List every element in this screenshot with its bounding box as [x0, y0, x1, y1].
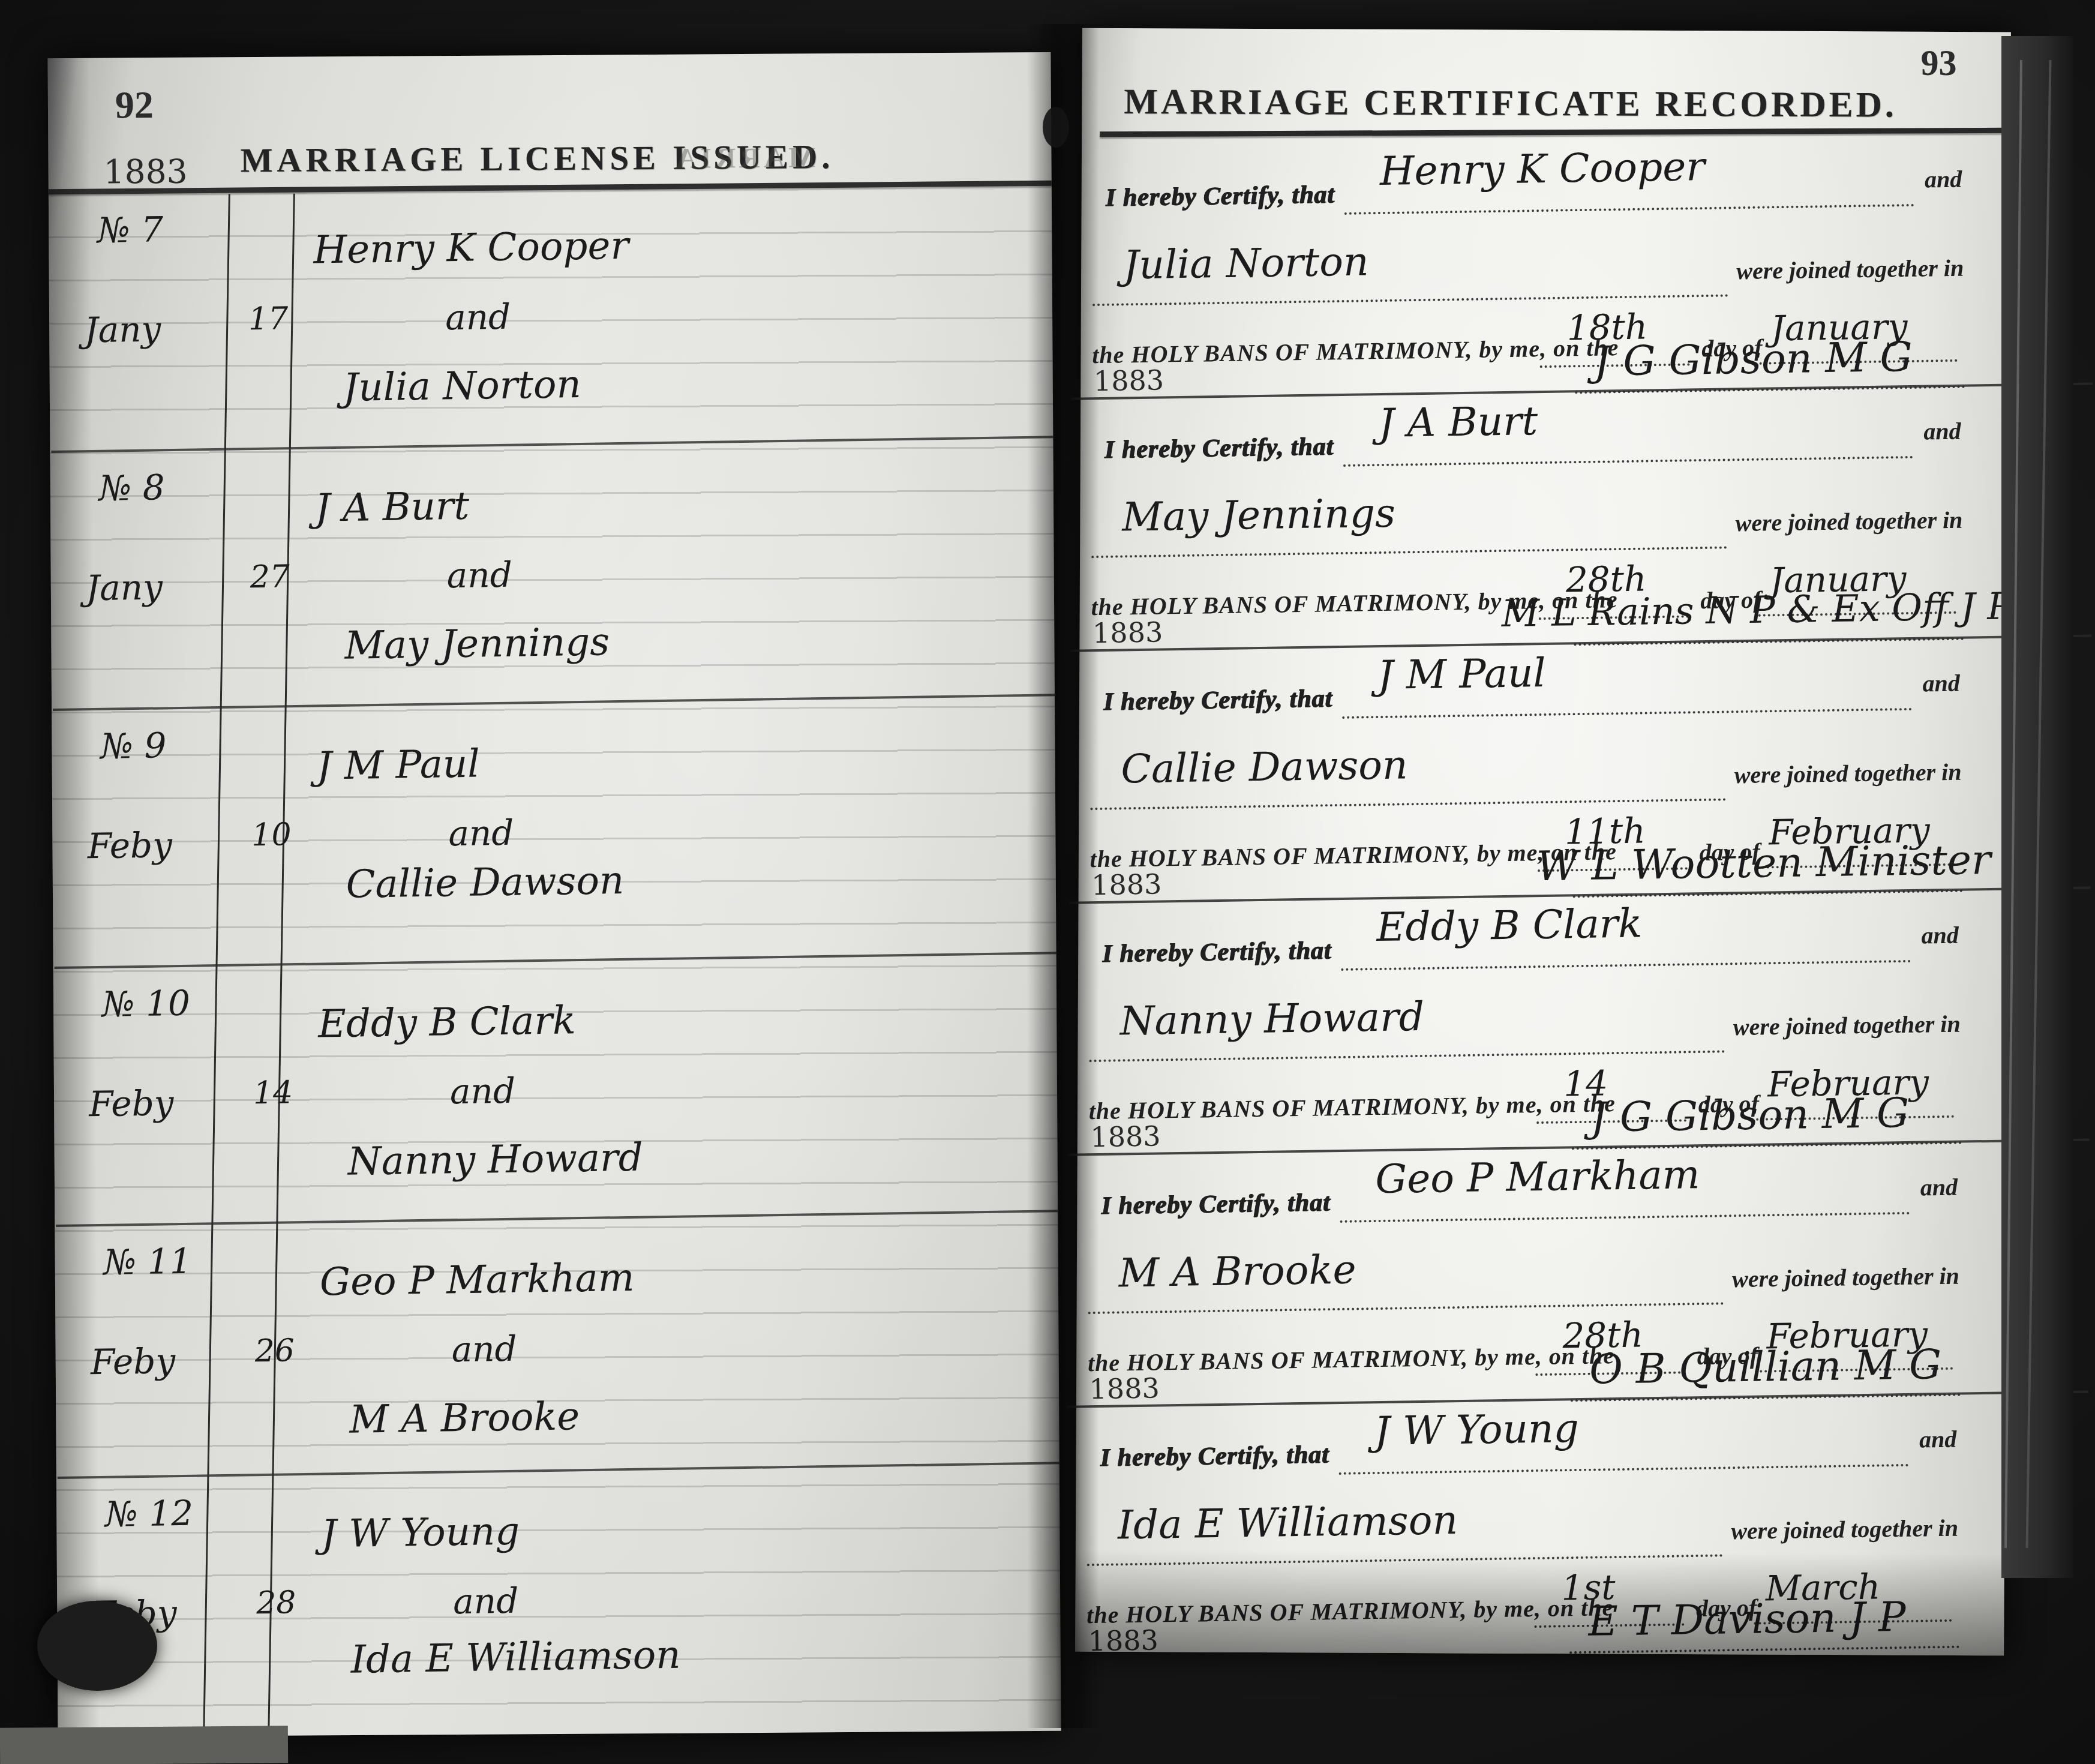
under-page-edge: [0, 1726, 288, 1764]
certificate: I hereby Certify, that J M Paul and Call…: [1077, 638, 2010, 904]
groom-name: J W Young: [321, 1510, 520, 1557]
form-and-text: and: [1921, 921, 1959, 950]
groom-name: Henry K Cooper: [313, 224, 629, 273]
marriage-year: 1883: [1089, 1372, 1160, 1405]
left-page-number: 92: [115, 83, 154, 127]
conjunction: and: [445, 296, 511, 338]
entry-day: 10: [251, 817, 292, 853]
marriage-year: 1883: [1090, 1120, 1161, 1153]
bride-name: Julia Norton: [343, 362, 581, 410]
bride-name: Callie Dawson: [1121, 742, 1408, 792]
certificate-entries: I hereby Certify, that Henry K Cooper an…: [1075, 137, 2010, 1654]
dotted-line: [1088, 1301, 1724, 1314]
conjunction: and: [451, 1328, 517, 1370]
conjunction: and: [453, 1580, 519, 1622]
entry-number: № 11: [103, 1241, 192, 1283]
marriage-year: 1883: [1092, 616, 1163, 649]
license-entry: № 12 Feby 28 J W Young and Ida E William…: [55, 1464, 1062, 1737]
form-joined-text: were joined together in: [1733, 1010, 1961, 1042]
entry-month: Feby: [87, 824, 172, 866]
form-certify-text: I hereby Certify, that: [1102, 936, 1332, 968]
conjunction: and: [446, 554, 512, 596]
bride-name: Julia Norton: [1123, 238, 1369, 288]
bride-name: Nanny Howard: [347, 1136, 643, 1184]
certificate: I hereby Certify, that J W Young and Ida…: [1074, 1394, 2006, 1660]
groom-name: J A Burt: [314, 484, 469, 531]
marriage-day: 1st: [1561, 1567, 1616, 1608]
bride-name: May Jennings: [1122, 490, 1396, 541]
entry-day: 14: [253, 1075, 293, 1111]
form-joined-text: were joined together in: [1735, 506, 1963, 538]
groom-name: Henry K Cooper: [1379, 143, 1705, 194]
dotted-line: [1344, 203, 1914, 215]
dotted-line: [1087, 1553, 1723, 1566]
entry-day: 26: [254, 1333, 295, 1369]
dotted-line: [1090, 797, 1726, 810]
register-scan: 92 1883 MARRIAGE LICENSE ISSUED. MARRIA …: [0, 0, 2095, 1764]
certificate: I hereby Certify, that Henry K Cooper an…: [1079, 134, 2012, 400]
license-entry: № 9 Feby 10 J M Paul and Callie Dawson: [50, 696, 1057, 969]
entry-number: № 8: [98, 467, 165, 509]
license-entry: № 10 Feby 14 Eddy B Clark and Nanny Howa…: [52, 954, 1059, 1227]
form-and-text: and: [1922, 669, 1960, 698]
license-entry: № 11 Feby 26 Geo P Markham and M A Brook…: [54, 1212, 1061, 1479]
bride-name: Callie Dawson: [346, 859, 625, 907]
certificate: I hereby Certify, that Eddy B Clark and …: [1076, 890, 2009, 1156]
officiant-signature: O B Quillian M G: [1589, 1341, 1942, 1394]
entry-day: 17: [248, 301, 289, 337]
bride-name: M A Brooke: [349, 1394, 580, 1442]
form-joined-text: were joined together in: [1736, 254, 1964, 286]
certificate: I hereby Certify, that J A Burt and May …: [1078, 386, 2010, 652]
groom-name: J M Paul: [316, 742, 480, 789]
bride-name: Ida E Williamson: [350, 1633, 681, 1682]
right-page-title: MARRIAGE CERTIFICATE RECORDED.: [1124, 81, 1897, 126]
dotted-line: [1091, 545, 1727, 558]
entry-number: № 9: [100, 725, 167, 767]
conjunction: and: [449, 1070, 515, 1112]
dotted-line: [1754, 1618, 1952, 1625]
form-joined-text: were joined together in: [1732, 1262, 1960, 1294]
dotted-line: [1342, 707, 1912, 719]
groom-name: Eddy B Clark: [318, 998, 577, 1046]
form-and-text: and: [1923, 417, 1961, 446]
entry-month: Feby: [89, 1082, 174, 1124]
entry-month: Jany: [84, 308, 161, 350]
form-and-text: and: [1925, 165, 1962, 194]
binding-mark: [1043, 107, 1069, 148]
left-page: 92 1883 MARRIAGE LICENSE ISSUED. MARRIA …: [47, 52, 1061, 1737]
dotted-line: [1534, 1622, 1684, 1628]
form-certify-text: I hereby Certify, that: [1105, 180, 1335, 212]
form-joined-text: were joined together in: [1734, 758, 1962, 790]
license-entry: № 8 Jany 27 J A Burt and May Jennings: [49, 438, 1056, 711]
right-page: 93 MARRIAGE CERTIFICATE RECORDED. I here…: [1075, 28, 2011, 1656]
marriage-year: 1883: [1091, 868, 1162, 901]
groom-name: J A Burt: [1378, 398, 1538, 446]
groom-name: Geo P Markham: [1375, 1151, 1700, 1202]
entry-month: Jany: [85, 566, 163, 608]
officiant-signature: E T Davison J P: [1588, 1594, 1906, 1646]
groom-name: Eddy B Clark: [1376, 900, 1643, 950]
entry-number: № 12: [104, 1493, 193, 1535]
ink-bleed-ghost-text: MARRIA: [672, 141, 815, 175]
entry-month: Feby: [90, 1340, 175, 1382]
form-certify-text: I hereby Certify, that: [1100, 1440, 1329, 1472]
officiant-signature: J G Gibson M G: [1590, 1090, 1909, 1142]
dotted-line: [1343, 455, 1913, 467]
form-certify-text: I hereby Certify, that: [1104, 432, 1334, 464]
book-gutter-shadow: [1027, 24, 1099, 1728]
bride-name: M A Brooke: [1118, 1247, 1356, 1297]
form-joined-text: were joined together in: [1731, 1514, 1959, 1546]
officiant-signature: W L Wootten Minister: [1536, 836, 1991, 890]
groom-name: J M Paul: [1377, 650, 1547, 698]
left-page-year: 1883: [103, 152, 187, 191]
right-page-number: 93: [1921, 43, 1957, 84]
conjunction: and: [448, 812, 514, 854]
groom-name: J W Young: [1374, 1405, 1579, 1454]
form-certify-text: I hereby Certify, that: [1101, 1188, 1331, 1220]
form-and-text: and: [1920, 1173, 1958, 1202]
dotted-line: [1089, 1049, 1725, 1062]
entry-number: № 7: [97, 209, 163, 251]
bride-name: Nanny Howard: [1119, 994, 1424, 1045]
entry-day: 28: [256, 1585, 296, 1621]
dotted-line: [1341, 959, 1911, 971]
license-entry: № 7 Jany 17 Henry K Cooper and Julia Nor…: [47, 180, 1054, 453]
form-and-text: and: [1919, 1425, 1957, 1454]
officiant-signature: M L Rains N P & Ex Off J P: [1501, 584, 2012, 635]
form-day-of-text: day of: [1696, 1594, 1757, 1622]
officiant-signature: J G Gibson M G: [1593, 334, 1913, 386]
bride-name: May Jennings: [344, 620, 610, 668]
dotted-line: [1339, 1463, 1909, 1475]
certificate: I hereby Certify, that Geo P Markham and…: [1075, 1142, 2007, 1408]
groom-name: Geo P Markham: [319, 1256, 634, 1305]
marriage-year: 1883: [1094, 364, 1164, 397]
entry-number: № 10: [101, 983, 190, 1025]
dotted-line: [1569, 1645, 1959, 1654]
form-matrimony-text: the HOLY BANS OF MATRIMONY, by me, on th…: [1086, 1593, 1614, 1629]
dotted-line: [1340, 1211, 1910, 1223]
marriage-month: March: [1765, 1567, 1881, 1609]
form-certify-text: I hereby Certify, that: [1103, 684, 1332, 716]
dotted-line: [1092, 293, 1728, 306]
scan-hole-mark: [37, 1601, 157, 1691]
license-entries: № 7 Jany 17 Henry K Cooper and Julia Nor…: [49, 189, 1061, 1737]
entry-day: 27: [250, 559, 290, 595]
bride-name: Ida E Williamson: [1117, 1497, 1458, 1548]
